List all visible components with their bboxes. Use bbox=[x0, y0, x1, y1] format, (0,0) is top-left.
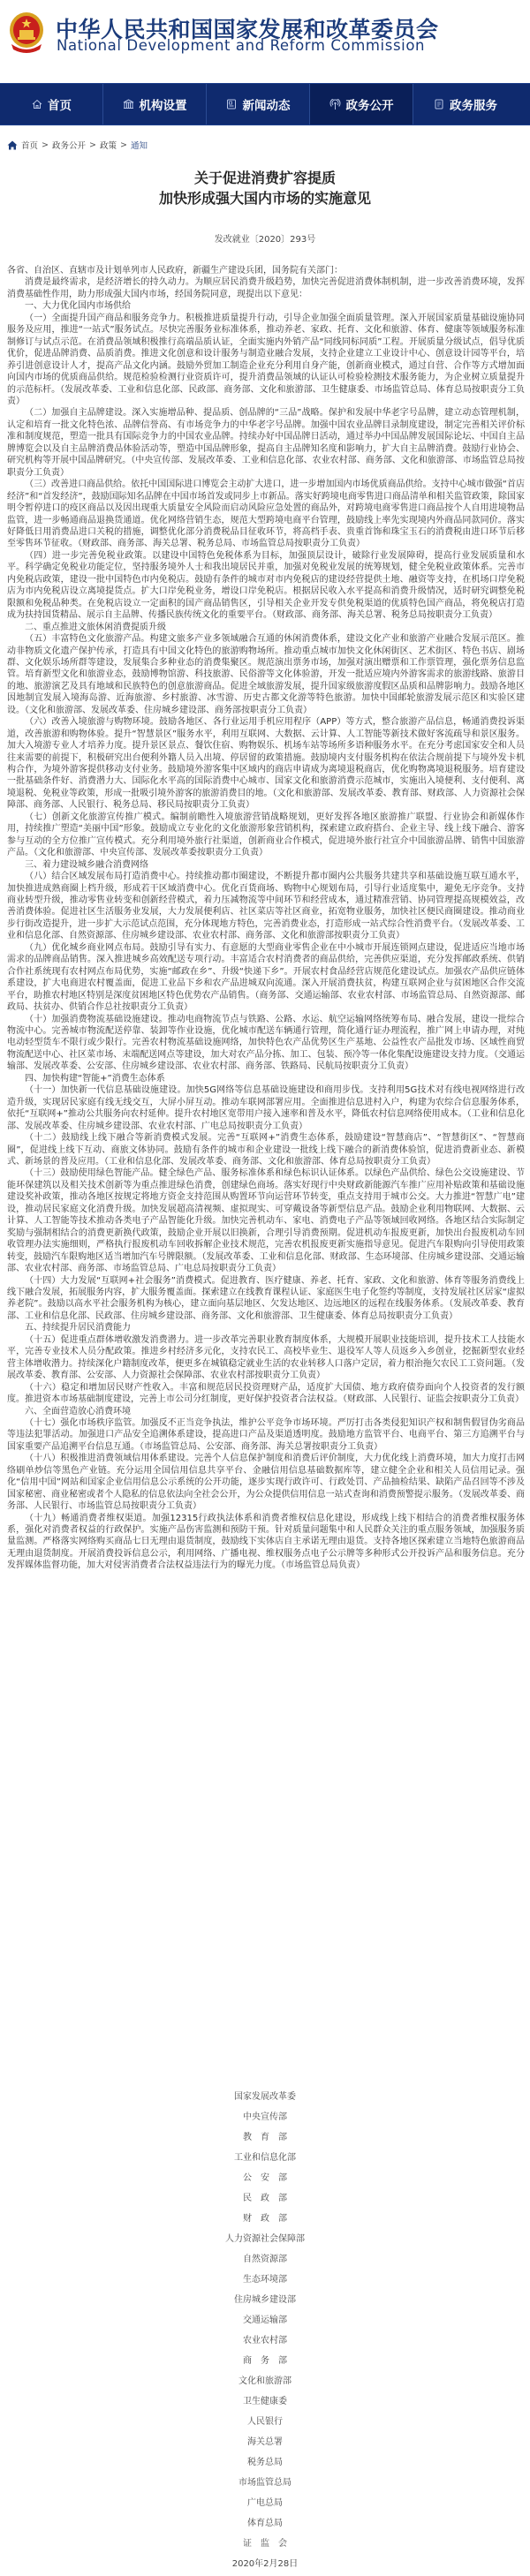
home-icon[interactable] bbox=[7, 140, 18, 150]
signatory: 卫生健康委 bbox=[0, 2391, 530, 2412]
paragraph-intro: 消费是最终需求，是经济增长的持久动力。为顺应居民消费升级趋势，加快完善促进消费体… bbox=[7, 276, 525, 300]
paragraph: （二）加强自主品牌建设。深入实施增品种、提品质、创品牌的“三品”战略。保护和发展… bbox=[7, 407, 525, 479]
signatory: 民 政 部 bbox=[0, 2188, 530, 2209]
paragraph: （十五）促进重点群体增收激发消费潜力。进一步改革完善职业教育制度体系，大规模开展… bbox=[7, 1334, 525, 1382]
breadcrumb-policy[interactable]: 政策 bbox=[100, 139, 117, 151]
signatory: 人力资源社会保障部 bbox=[0, 2229, 530, 2249]
signatory: 税务总局 bbox=[0, 2452, 530, 2473]
signatory: 广电总局 bbox=[0, 2493, 530, 2513]
document-icon bbox=[433, 99, 444, 110]
paragraph: （十一）加快新一代信息基础设施建设。加快5G网络等信息基础设施建设和商用步伐。支… bbox=[7, 1084, 525, 1132]
signatory: 交通运输部 bbox=[0, 2310, 530, 2330]
breadcrumb-separator: > bbox=[120, 140, 127, 150]
section-heading: 五、持续提升居民消费能力 bbox=[7, 1322, 525, 1333]
paragraph: （十三）鼓励使用绿色智能产品。健全绿色产品、服务标准体系和绿色标识认证体系。以绿… bbox=[7, 1167, 525, 1274]
broadcast-icon bbox=[329, 99, 341, 110]
site-header: 中华人民共和国国家发展和改革委员会 National Development a… bbox=[0, 0, 530, 79]
signatory: 文化和旅游部 bbox=[0, 2371, 530, 2391]
paragraph: （十八）积极推进消费领域信用体系建设。完善个人信息保护制度和消费后评价制度，大力… bbox=[7, 1453, 525, 1512]
issue-date: 2020年2月28日 bbox=[0, 2554, 530, 2574]
nav-item-government-affairs[interactable]: 政务公开 bbox=[310, 84, 413, 125]
building-icon bbox=[123, 99, 134, 110]
news-icon bbox=[226, 99, 238, 110]
nav-item-organization[interactable]: 机构设置 bbox=[103, 84, 207, 125]
paragraph: （九）优化城乡商业网点布局。鼓励引导有实力、有意愿的大型商业零售企业在中小城市开… bbox=[7, 942, 525, 1014]
signatory: 海关总署 bbox=[0, 2432, 530, 2452]
nav-item-label: 新闻动态 bbox=[243, 95, 291, 113]
section-heading: 六、全面营造放心消费环境 bbox=[7, 1406, 525, 1417]
site-title-english: National Development and Reform Commissi… bbox=[57, 37, 425, 54]
signatory: 证 监 会 bbox=[0, 2534, 530, 2554]
paragraph: （十四）大力发展“互联网+社会服务”消费模式。促进教育、医疗健康、养老、托育、家… bbox=[7, 1275, 525, 1323]
section-heading: 一、大力优化国内市场供给 bbox=[7, 300, 525, 312]
signatory: 人民银行 bbox=[0, 2412, 530, 2432]
article-title-line2: 加快形成强大国内市场的实施意见 bbox=[0, 188, 530, 208]
signatory: 自然资源部 bbox=[0, 2249, 530, 2270]
article-title-line1: 关于促进消费扩容提质 bbox=[0, 168, 530, 188]
paragraph: （十六）稳定和增加居民财产性收入。丰富和规范居民投资理财产品，适度扩大国债、地方… bbox=[7, 1382, 525, 1406]
section-heading: 四、加快构建“智能+”消费生态体系 bbox=[7, 1073, 525, 1084]
signatory: 教 育 部 bbox=[0, 2127, 530, 2148]
paragraph: （四）进一步完善免税业政策。以建设中国特色免税体系为目标，加强顶层设计，破除行业… bbox=[7, 550, 525, 622]
nav-item-label: 政务公开 bbox=[346, 95, 394, 113]
document-number: 发改就业〔2020〕293号 bbox=[0, 231, 530, 245]
breadcrumb: 首页 > 政务公开 > 政策 > 通知 bbox=[7, 139, 148, 151]
paragraph: （五）丰富特色文化旅游产品。构建文旅多产业多领域融合互通的休闲消费体系，建设文化… bbox=[7, 633, 525, 716]
nav-item-label: 政务服务 bbox=[450, 95, 497, 113]
breadcrumb-separator: > bbox=[42, 140, 49, 150]
breadcrumb-government-affairs[interactable]: 政务公开 bbox=[52, 139, 86, 151]
nav-item-label: 首页 bbox=[48, 95, 72, 113]
paragraph: （十七）强化市场秩序监管。加强反不正当竞争执法，维护公平竞争市场环境。严厉打击各… bbox=[7, 1417, 525, 1453]
breadcrumb-home[interactable]: 首页 bbox=[21, 139, 38, 151]
signatory: 体育总局 bbox=[0, 2513, 530, 2534]
paragraph: （六）改善入境旅游与购物环境。鼓励各地区、各行业运用手机应用程序（APP）等方式… bbox=[7, 716, 525, 812]
paragraph: （十二）鼓励线上线下融合等新消费模式发展。完善“互联网+”消费生态体系，鼓励建设… bbox=[7, 1132, 525, 1167]
section-heading: 三、着力建设城乡融合消费网络 bbox=[7, 859, 525, 871]
breadcrumb-notice[interactable]: 通知 bbox=[131, 139, 148, 151]
signatory: 公 安 部 bbox=[0, 2168, 530, 2188]
paragraph: （八）结合区域发展布局打造消费中心。持续推动都市圈建设，不断提升都市圈内公共服务… bbox=[7, 871, 525, 942]
main-nav: 首页 机构设置 新闻动态 政务公开 政务服务 bbox=[0, 83, 530, 125]
signatory: 中央宣传部 bbox=[0, 2107, 530, 2127]
paragraph: （一）全面提升国产商品和服务竞争力。积极推进质量提升行动，引导企业加强全面质量管… bbox=[7, 313, 525, 408]
signatory: 生态环境部 bbox=[0, 2270, 530, 2290]
breadcrumb-separator: > bbox=[89, 140, 96, 150]
signatory: 工业和信息化部 bbox=[0, 2148, 530, 2168]
section-heading: 二、重点推进文旅休闲消费提质升级 bbox=[7, 622, 525, 633]
signatory: 财 政 部 bbox=[0, 2209, 530, 2229]
paragraph: （三）改善进口商品供给。依托中国国际进口博览会主动扩大进口，进一步增加国内市场优… bbox=[7, 479, 525, 550]
signatory: 市场监管总局 bbox=[0, 2473, 530, 2493]
salutation: 各省、自治区、直辖市及计划单列市人民政府，新疆生产建设兵团，国务院有关部门： bbox=[7, 265, 525, 276]
nav-item-news[interactable]: 新闻动态 bbox=[207, 84, 310, 125]
article-body: 各省、自治区、直辖市及计划单列市人民政府，新疆生产建设兵团，国务院有关部门： 消… bbox=[7, 265, 525, 1572]
home-icon bbox=[31, 99, 42, 110]
paragraph: （七）创新文化旅游宣传推广模式。编制前瞻性入境旅游营销战略规划，更好发挥各地区旅… bbox=[7, 812, 525, 859]
nav-item-services[interactable]: 政务服务 bbox=[413, 84, 517, 125]
signatory: 商 务 部 bbox=[0, 2351, 530, 2371]
national-emblem-icon[interactable] bbox=[8, 11, 45, 55]
signatory: 住房城乡建设部 bbox=[0, 2290, 530, 2310]
signatory-list: 国家发展改革委 中央宣传部 教 育 部 工业和信息化部 公 安 部 民 政 部 … bbox=[0, 2087, 530, 2574]
paragraph: （十）加强消费物流基础设施建设。推动电商物流节点与铁路、公路、水运、航空运输网络… bbox=[7, 1014, 525, 1073]
paragraph: （十九）畅通消费者维权渠道。加强12315行政执法体系和消费者维权信息化建设，形… bbox=[7, 1513, 525, 1572]
nav-item-label: 机构设置 bbox=[140, 95, 187, 113]
signatory: 农业农村部 bbox=[0, 2330, 530, 2351]
nav-item-home[interactable]: 首页 bbox=[0, 84, 103, 125]
article-title: 关于促进消费扩容提质 加快形成强大国内市场的实施意见 bbox=[0, 168, 530, 208]
signatory: 国家发展改革委 bbox=[0, 2087, 530, 2107]
